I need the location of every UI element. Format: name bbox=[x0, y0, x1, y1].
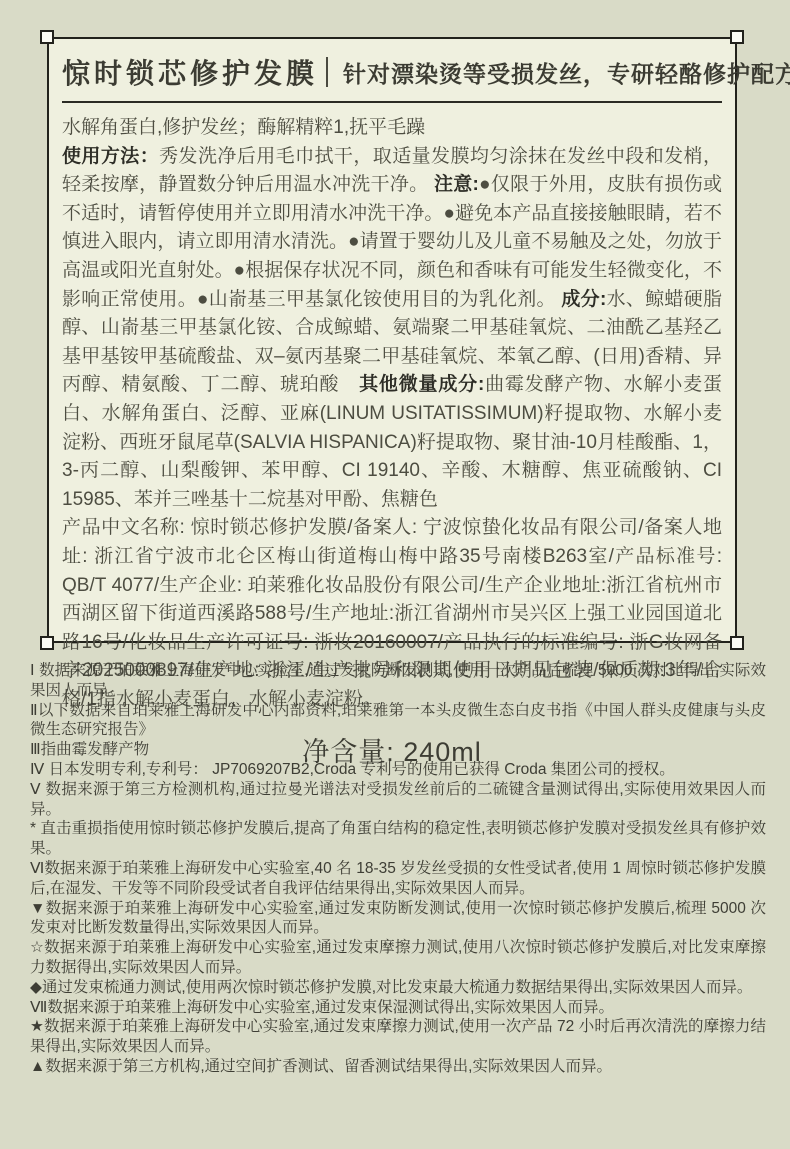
footnote-item: ◆通过发束梳通力测试,使用两次惊时锁芯修护发膜,对比发束最大梳通力数据结果得出,… bbox=[30, 978, 766, 998]
footnote-item: * 直击重损指使用惊时锁芯修护发膜后,提高了角蛋白结构的稳定性,表明锁芯修护发膜… bbox=[30, 819, 766, 859]
footnote-item: Ⅰ 数据来源于珀莱雅上海研发中心实验室,通过发束防断发测试,使用一次产品后梳理 … bbox=[30, 661, 766, 701]
label-header: 惊时锁芯修护发膜 针对漂染烫等受损发丝，专研轻酪修护配方 bbox=[62, 39, 722, 103]
footnote-item: Ⅳ 日本发明专利,专利号： JP7069207B2,Croda 专利号的使用已获… bbox=[30, 760, 766, 780]
page: { "colors": { "page_background": "#d9dbc… bbox=[0, 0, 790, 1149]
selection-handle-top-left[interactable] bbox=[40, 30, 54, 44]
footnote-item: ☆数据来源于珀莱雅上海研发中心实验室,通过发束摩擦力测试,使用八次惊时锁芯修护发… bbox=[30, 938, 766, 978]
footnote-item: Ⅱ以下数据来自珀莱雅上海研发中心内部资料,珀莱雅第一本头皮微生态白皮书指《中国人… bbox=[30, 701, 766, 741]
product-subtitle: 针对漂染烫等受损发丝，专研轻酪修护配方 bbox=[343, 56, 790, 89]
footnote-item: ▼数据来源于珀莱雅上海研发中心实验室,通过发束防断发测试,使用一次惊时锁芯修护发… bbox=[30, 899, 766, 939]
paragraph: 水解角蛋白,修护发丝；酶解精粹1,抚平毛躁 bbox=[62, 114, 722, 143]
footnote-item: Ⅵ数据来源于珀莱雅上海研发中心实验室,40 名 18-35 岁发丝受损的女性受试… bbox=[30, 859, 766, 899]
body-paragraphs: 水解角蛋白,修护发丝；酶解精粹1,抚平毛躁使用方法：秀发洗净后用毛巾拭干，取适量… bbox=[49, 103, 735, 714]
footnote-item: ★数据来源于珀莱雅上海研发中心实验室,通过发束摩擦力测试,使用一次产品 72 小… bbox=[30, 1017, 766, 1057]
footnote-item: Ⅴ 数据来源于第三方检测机构,通过拉曼光谱法对受损发丝前后的二硫键含量测试得出,… bbox=[30, 780, 766, 820]
footnote-item: Ⅲ指曲霉发酵产物 bbox=[30, 740, 766, 760]
selection-handle-bottom-right[interactable] bbox=[730, 636, 744, 650]
footnotes: Ⅰ 数据来源于珀莱雅上海研发中心实验室,通过发束防断发测试,使用一次产品后梳理 … bbox=[30, 661, 766, 1077]
title-divider bbox=[326, 57, 328, 87]
footnote-item: ▲数据来源于第三方机构,通过空间扩香测试、留香测试结果得出,实际效果因人而异。 bbox=[30, 1057, 766, 1077]
selection-handle-top-right[interactable] bbox=[730, 30, 744, 44]
paragraph: 使用方法：秀发洗净后用毛巾拭干，取适量发膜均匀涂抹在发丝中段和发梢，轻柔按摩，静… bbox=[62, 143, 722, 515]
product-title: 惊时锁芯修护发膜 bbox=[62, 52, 318, 92]
product-label-panel: 惊时锁芯修护发膜 针对漂染烫等受损发丝，专研轻酪修护配方 水解角蛋白,修护发丝；… bbox=[47, 37, 737, 643]
selection-handle-bottom-left[interactable] bbox=[40, 636, 54, 650]
footnote-item: Ⅶ数据来源于珀莱雅上海研发中心实验室,通过发束保湿测试得出,实际效果因人而异。 bbox=[30, 998, 766, 1018]
